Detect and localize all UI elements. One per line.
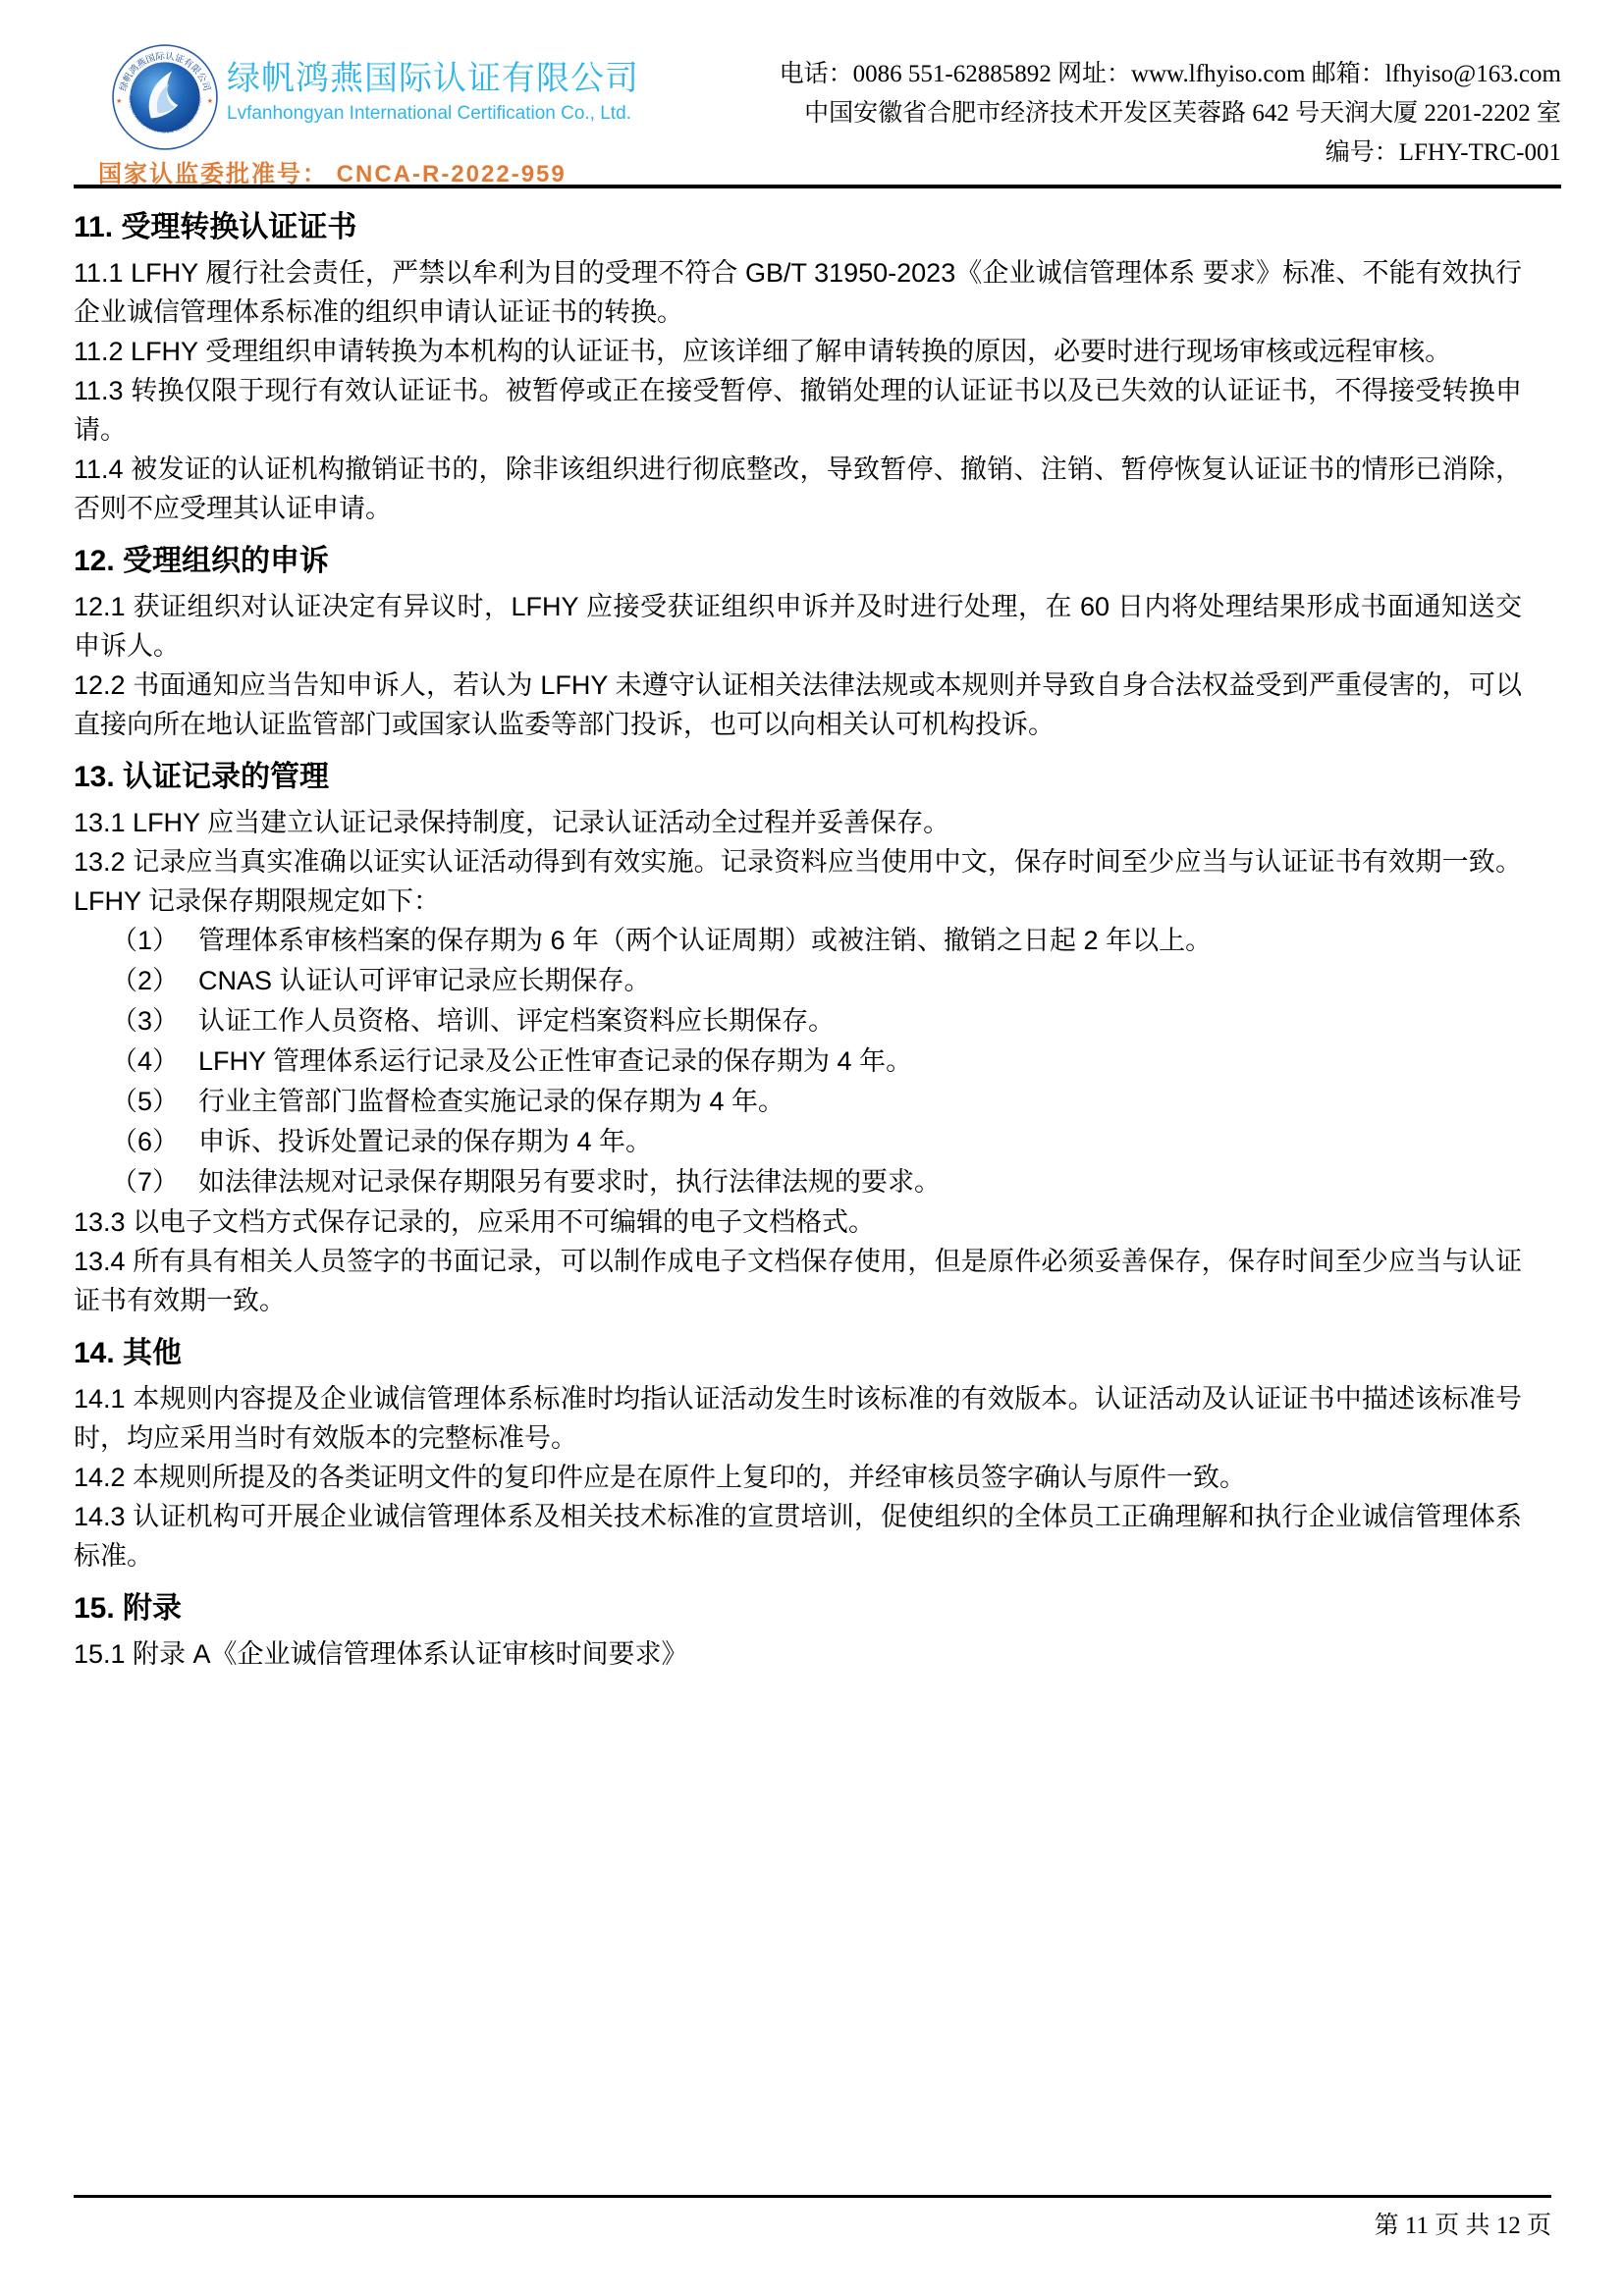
company-name-en: Lvfanhongyan International Certification… — [227, 103, 639, 125]
clause-14-1: 14.1 本规则内容提及企业诚信管理体系标准时均指认证活动发生时该标准的有效版本… — [74, 1379, 1522, 1458]
list-item: （3） 认证工作人员资格、培训、评定档案资料应长期保存。 — [74, 1001, 1522, 1041]
list-item: （6） 申诉、投诉处置记录的保存期为 4 年。 — [74, 1122, 1522, 1162]
retention-list: （1） 管理体系审核档案的保存期为 6 年（两个认证周期）或被注销、撤销之日起 … — [74, 921, 1522, 1202]
section-14-heading: 14. 其他 — [74, 1335, 1522, 1372]
header-contact-block: 电话：0086 551-62885892 网址：www.lfhyiso.com … — [780, 55, 1561, 188]
approval-number: 国家认监委批准号： CNCA-R-2022-959 — [98, 154, 567, 188]
clause-11-2: 11.2 LFHY 受理组织申请转换为本机构的认证证书，应该详细了解申请转换的原… — [74, 332, 1522, 371]
page-footer: 第 11 页 共 12 页 — [74, 2195, 1551, 2241]
clause-15-1: 15.1 附录 A《企业诚信管理体系认证审核时间要求》 — [74, 1634, 1522, 1674]
clause-14-3: 14.3 认证机构可开展企业诚信管理体系及相关技术标准的宣贯培训，促使组织的全体… — [74, 1497, 1522, 1575]
logo-star-right-icon: ★ — [207, 97, 213, 105]
company-name-cn: 绿帆鸿燕国际认证有限公司 — [227, 51, 639, 99]
list-item: （5） 行业主管部门监督检查实施记录的保存期为 4 年。 — [74, 1082, 1522, 1122]
list-item: （1） 管理体系审核档案的保存期为 6 年（两个认证周期）或被注销、撤销之日起 … — [74, 921, 1522, 961]
contact-line: 电话：0086 551-62885892 网址：www.lfhyiso.com … — [780, 55, 1561, 94]
document-page: 绿帆鸿燕国际认证有限公司 LVFANHONGYAN INTERNATIONAL … — [0, 0, 1624, 2296]
list-item: （2） CNAS 认证认可评审记录应长期保存。 — [74, 961, 1522, 1001]
section-15-heading: 15. 附录 — [74, 1590, 1522, 1628]
list-item: （7） 如法律法规对记录保存期限另有要求时，执行法律法规的要求。 — [74, 1162, 1522, 1202]
section-13-heading: 13. 认证记录的管理 — [74, 759, 1522, 796]
header-divider — [74, 185, 1561, 188]
clause-12-1: 12.1 获证组织对认证决定有异议时，LFHY 应接受获证组织申诉并及时进行处理… — [74, 587, 1522, 666]
doc-number: 编号：LFHY-TRC-001 — [780, 133, 1561, 173]
header: 绿帆鸿燕国际认证有限公司 LVFANHONGYAN INTERNATIONAL … — [74, 41, 1561, 188]
clause-13-2: 13.2 记录应当真实准确以证实认证活动得到有效实施。记录资料应当使用中文，保存… — [74, 842, 1522, 921]
clause-11-1: 11.1 LFHY 履行社会责任，严禁以牟利为目的受理不符合 GB/T 3195… — [74, 253, 1522, 332]
section-11-heading: 11. 受理转换认证证书 — [74, 209, 1522, 246]
clause-13-4: 13.4 所有具有相关人员签字的书面记录，可以制作成电子文档保存使用，但是原件必… — [74, 1242, 1522, 1320]
address-line: 中国安徽省合肥市经济技术开发区芙蓉路 642 号天润大厦 2201-2202 室 — [780, 94, 1561, 133]
header-brand: 绿帆鸿燕国际认证有限公司 LVFANHONGYAN INTERNATIONAL … — [74, 41, 722, 188]
document-body: 11. 受理转换认证证书 11.1 LFHY 履行社会责任，严禁以牟利为目的受理… — [74, 194, 1522, 1674]
clause-14-2: 14.2 本规则所提及的各类证明文件的复印件应是在原件上复印的，并经审核员签字确… — [74, 1458, 1522, 1497]
company-names: 绿帆鸿燕国际认证有限公司 Lvfanhongyan International … — [227, 51, 639, 125]
company-logo-icon: 绿帆鸿燕国际认证有限公司 LVFANHONGYAN INTERNATIONAL … — [111, 43, 219, 151]
clause-13-1: 13.1 LFHY 应当建立认证记录保持制度，记录认证活动全过程并妥善保存。 — [74, 803, 1522, 842]
logo-star-left-icon: ★ — [116, 97, 122, 105]
page-number: 第 11 页 共 12 页 — [1375, 2213, 1551, 2239]
section-12-heading: 12. 受理组织的申诉 — [74, 543, 1522, 580]
clause-13-3: 13.3 以电子文档方式保存记录的，应采用不可编辑的电子文档格式。 — [74, 1202, 1522, 1242]
clause-12-2: 12.2 书面通知应当告知申诉人，若认为 LFHY 未遵守认证相关法律法规或本规… — [74, 666, 1522, 744]
clause-11-4: 11.4 被发证的认证机构撤销证书的，除非该组织进行彻底整改，导致暂停、撤销、注… — [74, 450, 1522, 528]
clause-11-3: 11.3 转换仅限于现行有效认证证书。被暂停或正在接受暂停、撤销处理的认证证书以… — [74, 371, 1522, 450]
list-item: （4） LFHY 管理体系运行记录及公正性审查记录的保存期为 4 年。 — [74, 1041, 1522, 1082]
